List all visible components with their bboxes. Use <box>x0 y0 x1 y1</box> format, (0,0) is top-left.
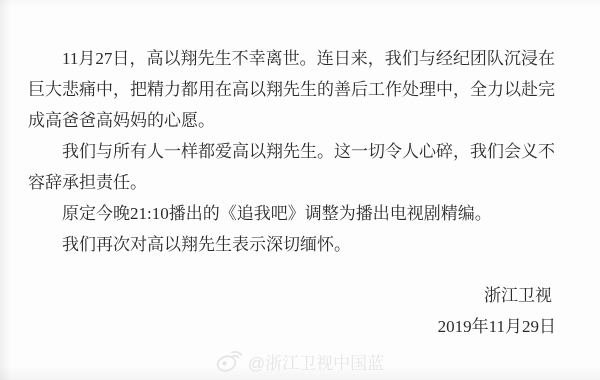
watermark-text: @浙江卫视中国蓝 <box>248 349 384 374</box>
statement-document: 11月27日，高以翔先生不幸离世。连日来，我们与经纪团队沉浸在巨大悲痛中，把精力… <box>0 0 600 380</box>
signature-block: 浙江卫视 2019年11月29日 <box>438 280 556 342</box>
paragraph-1: 11月27日，高以翔先生不幸离世。连日来，我们与经纪团队沉浸在巨大悲痛中，把精力… <box>28 43 555 136</box>
paragraph-3: 原定今晚21:10播出的《追我吧》调整为播出电视剧精编。 <box>28 198 555 229</box>
paragraph-2: 我们与所有人一样都爱高以翔先生。这一切令人心碎，我们会义不容辞承担责任。 <box>28 136 555 198</box>
signature-name: 浙江卫视 <box>438 280 556 311</box>
watermark: @浙江卫视中国蓝 <box>0 348 600 374</box>
statement-body: 11月27日，高以翔先生不幸离世。连日来，我们与经纪团队沉浸在巨大悲痛中，把精力… <box>28 43 555 260</box>
weibo-logo-icon <box>216 350 243 373</box>
signature-date: 2019年11月29日 <box>438 311 556 342</box>
paragraph-4: 我们再次对高以翔先生表示深切缅怀。 <box>28 229 555 260</box>
